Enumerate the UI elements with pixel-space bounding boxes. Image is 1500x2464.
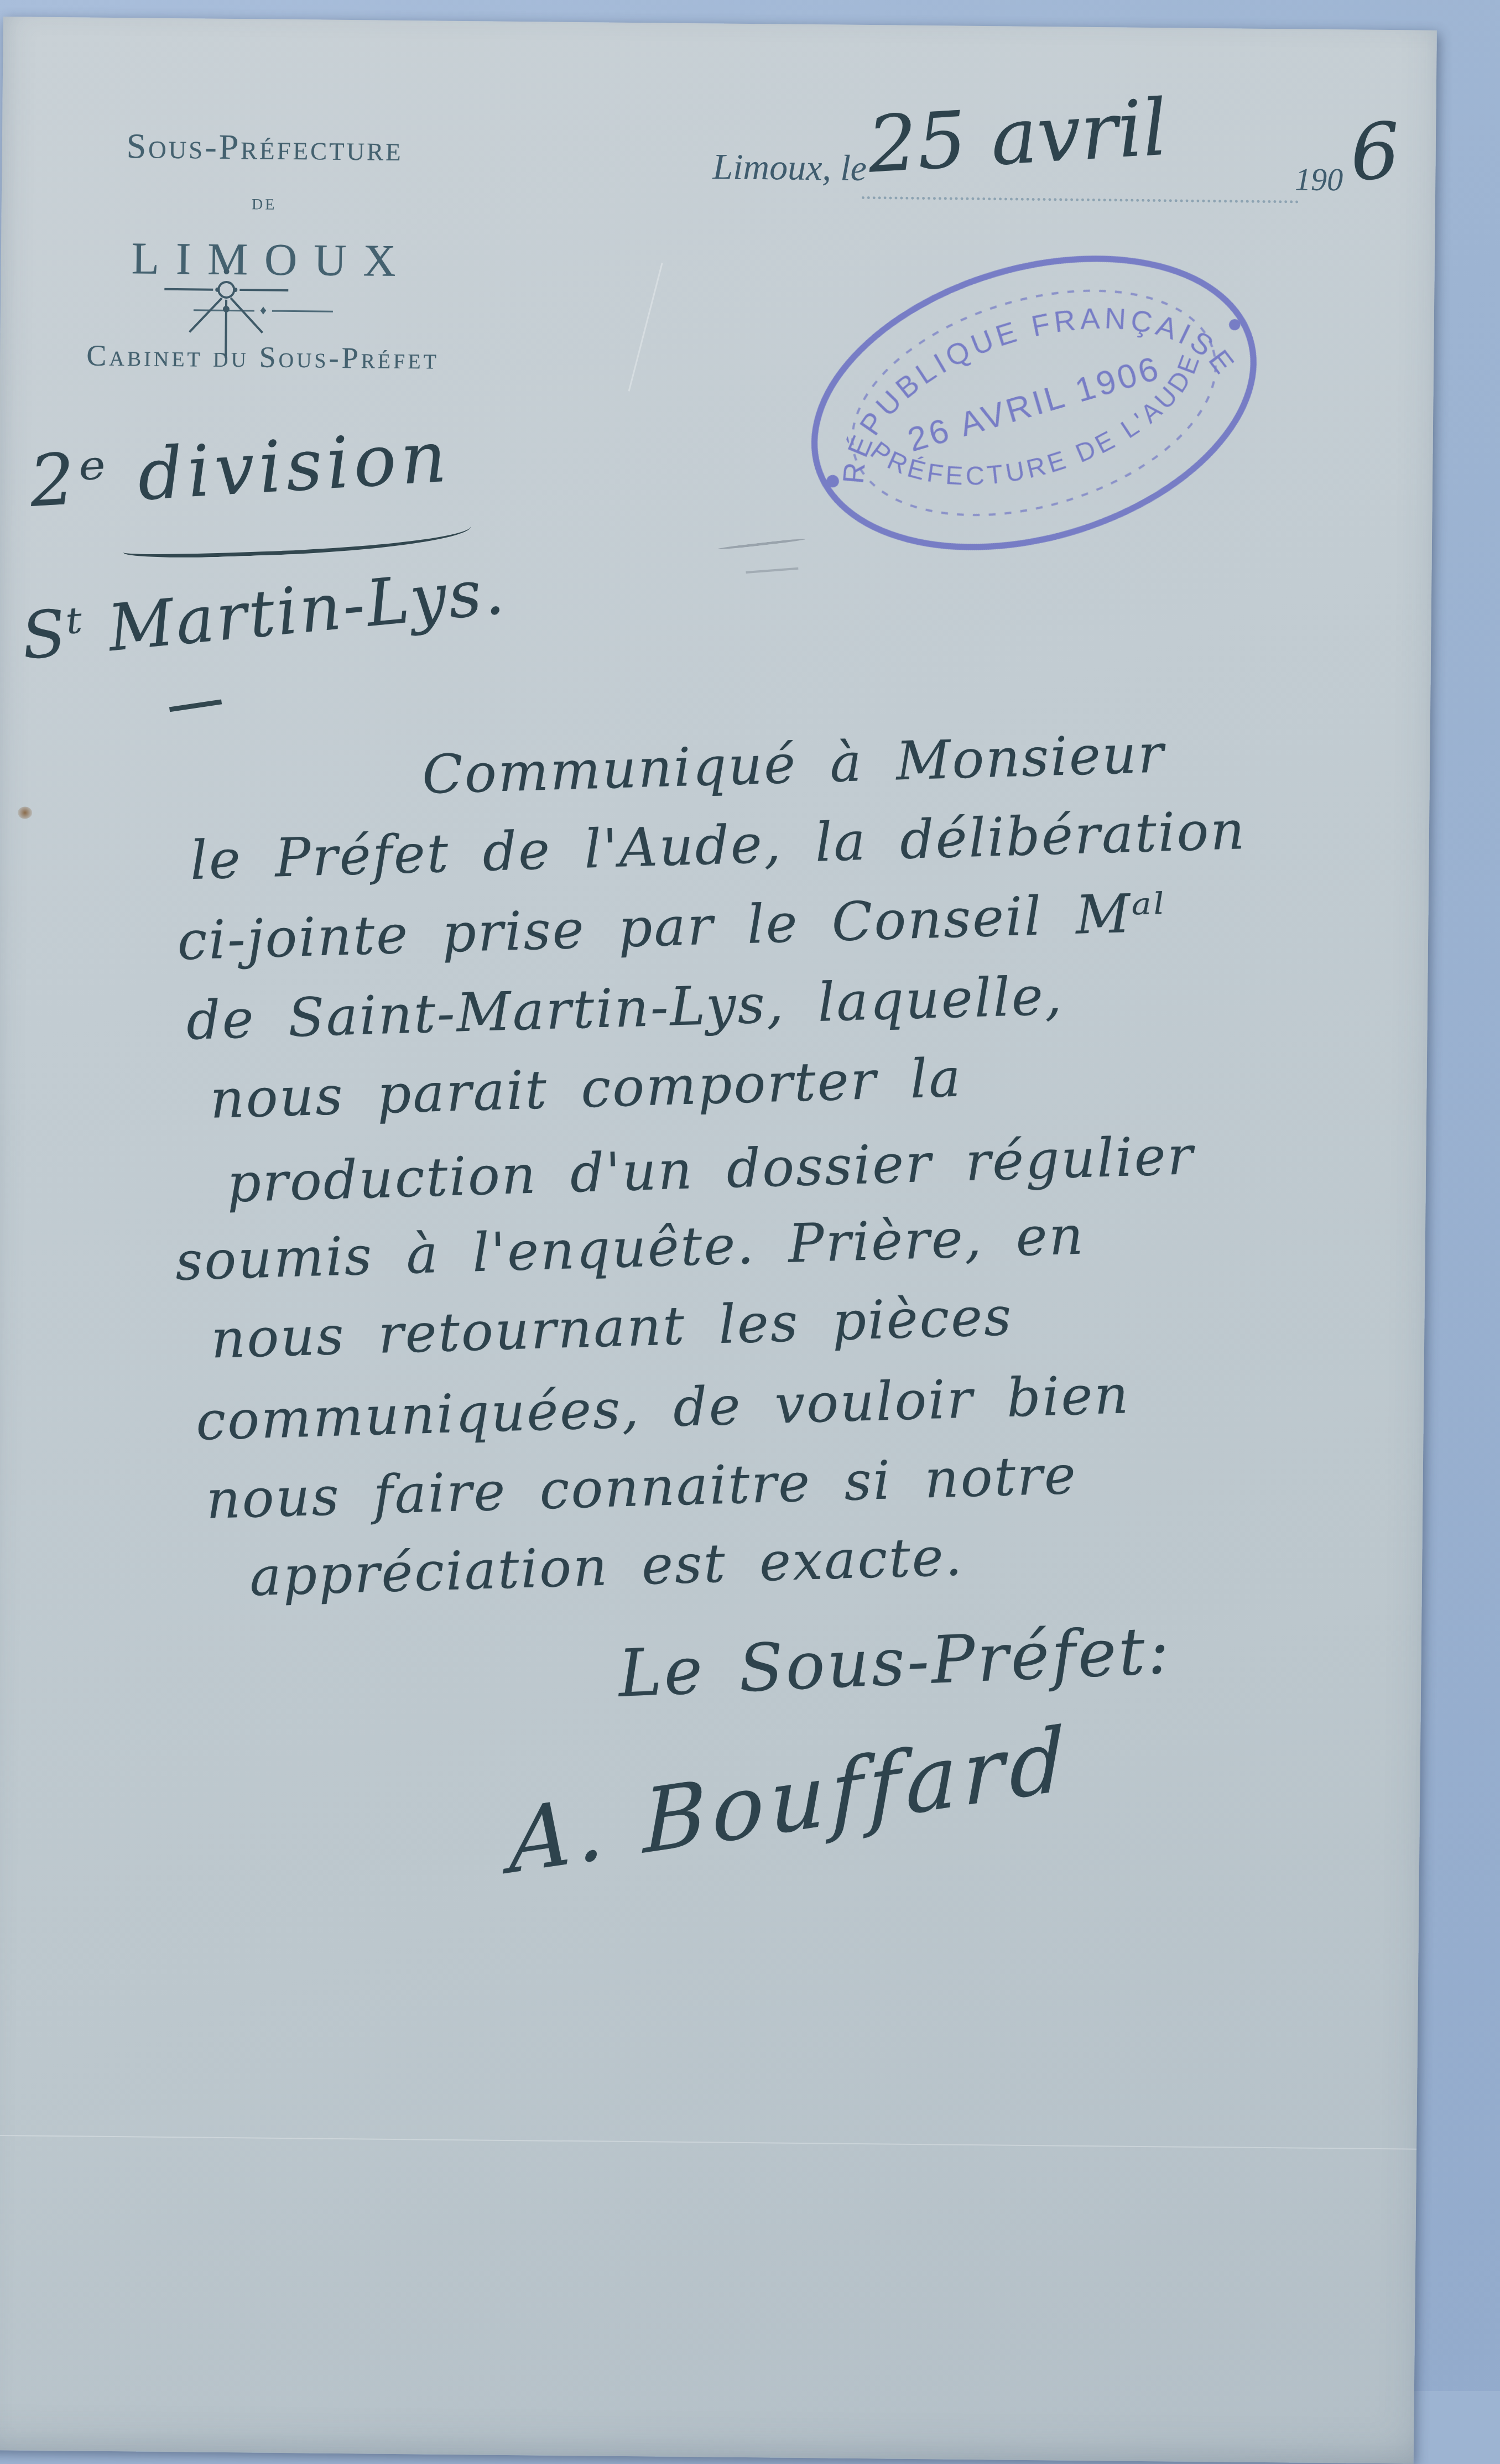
letterhead-office: Sous-Préfecture [65,125,464,170]
paper-stain-mark [18,806,32,819]
pencil-smudge-mark [746,567,798,574]
dateline-dotted-rule [862,163,1299,204]
dateline-year-printed: 190 [1295,160,1343,198]
letterhead-star-icon [159,264,293,362]
dateline-place-printed: Limoux, le [712,146,867,190]
prefecture-stamp: RÉPUBLIQUE FRANÇAISE PRÉFECTURE DE L'AUD… [763,191,1305,614]
body-line: de Saint-Martin-Lys, laquelle, [186,965,1064,1052]
closing-role: Le Sous-Préfet: [617,1612,1173,1712]
paper-crease [0,2135,1416,2150]
body-line: communiquées, de vouloir bien [195,1363,1131,1452]
body-line: Communiqué à Monsieur [421,722,1166,806]
body-line: soumis à l'enquête. Prière, en [174,1204,1085,1292]
division-annotation: 2ᵉ division [27,415,453,523]
commune-annotation: Sᵗ Martin-Lys. [18,554,509,674]
commune-underline-stroke [169,699,222,712]
division-underline-stroke [122,521,471,560]
signature: A. Bouffard [509,1708,1071,1894]
body-line: nous parait comporter la [209,1047,963,1131]
body-line: nous retournant les pièces [210,1285,1014,1371]
body-line: production d'un dossier régulier [226,1124,1195,1214]
paper-crease [628,263,663,392]
letter-paper: Sous-Préfecture de LIMOUX ♦ Cabinet du S… [0,17,1437,2391]
letterhead-de: de [65,187,463,217]
dateline-year-digit-hand: 6 [1348,106,1402,199]
body-line: ci-jointe prise par le Conseil Mᵃˡ [176,882,1169,972]
photo-background: Sous-Préfecture de LIMOUX ♦ Cabinet du S… [0,0,1500,2391]
body-line: nous faire connaitre si notre [205,1444,1078,1531]
body-line: le Préfet de l'Aude, la délibération [189,799,1247,892]
body-line: appréciation est exacte. [249,1525,965,1608]
pencil-smudge-mark [717,538,806,550]
